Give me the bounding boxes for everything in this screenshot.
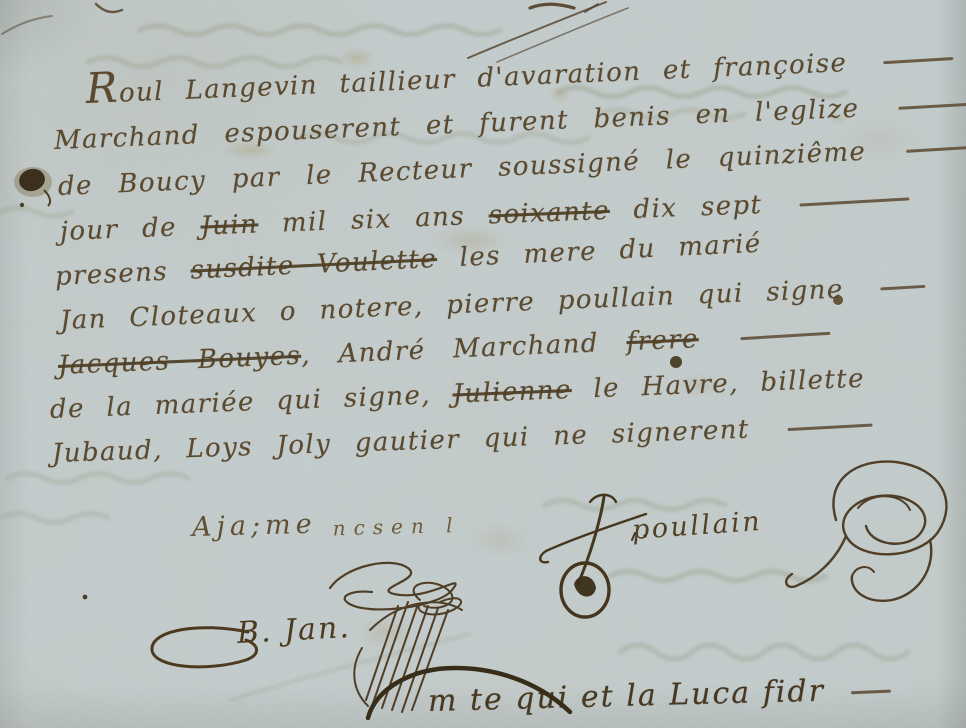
filler-stroke xyxy=(740,332,830,340)
manuscript-photo: Roul Langevin taillieur d'avaration et f… xyxy=(0,0,966,728)
text-segment: dix sept xyxy=(609,190,763,226)
text-segment: , André Marchand xyxy=(301,327,628,371)
next-entry-fragment: m te qui et la Luca fidr xyxy=(428,672,891,719)
signature-mark: Aja;mencsen l xyxy=(192,505,461,543)
text-segment-struck: frere xyxy=(626,324,699,357)
text-segment: les mere du marié xyxy=(436,229,762,274)
poullain-paraph xyxy=(540,495,646,617)
text-segment: jour de xyxy=(59,212,201,247)
text-segment-struck: Juin xyxy=(200,209,259,241)
signature-mark-text-2: ncsen l xyxy=(332,513,460,540)
filler-stroke xyxy=(880,285,925,290)
text-segment-struck: soixante xyxy=(488,196,610,231)
text-segment-struck: susdite Voulette xyxy=(190,244,438,286)
text-segment-struck: Jacques Bouyes xyxy=(57,341,301,381)
ink-speck-3 xyxy=(670,356,682,368)
text-segment: de la mariée qui signe, xyxy=(49,380,453,425)
text-segment: presens xyxy=(54,256,191,292)
mark-flourish xyxy=(330,563,461,615)
ink-blot xyxy=(14,166,52,207)
text-segment: mil six ans xyxy=(258,201,489,240)
text-segment: R xyxy=(85,63,120,113)
top-pen-strokes xyxy=(2,2,628,62)
ink-speck xyxy=(83,595,88,600)
text-segment-struck: Julienne xyxy=(452,375,572,410)
text-segment: Jubaud, Loys Joly gautier qui ne signere… xyxy=(51,415,750,469)
signature-bjan: B. Jan. xyxy=(236,610,352,651)
signature-poullain: poullain xyxy=(631,506,763,546)
text-segment: le Havre, billette xyxy=(571,364,865,405)
filler-stroke xyxy=(800,198,910,207)
filler-stroke xyxy=(850,690,890,694)
next-entry-text: m te qui et la Luca fidr xyxy=(428,674,826,719)
filler-stroke xyxy=(898,102,966,110)
filler-stroke xyxy=(787,424,872,431)
filler-stroke xyxy=(883,57,953,64)
poullain-flourish xyxy=(786,462,946,601)
filler-stroke xyxy=(906,144,966,153)
signature-mark-text: Aja;me xyxy=(192,509,317,543)
